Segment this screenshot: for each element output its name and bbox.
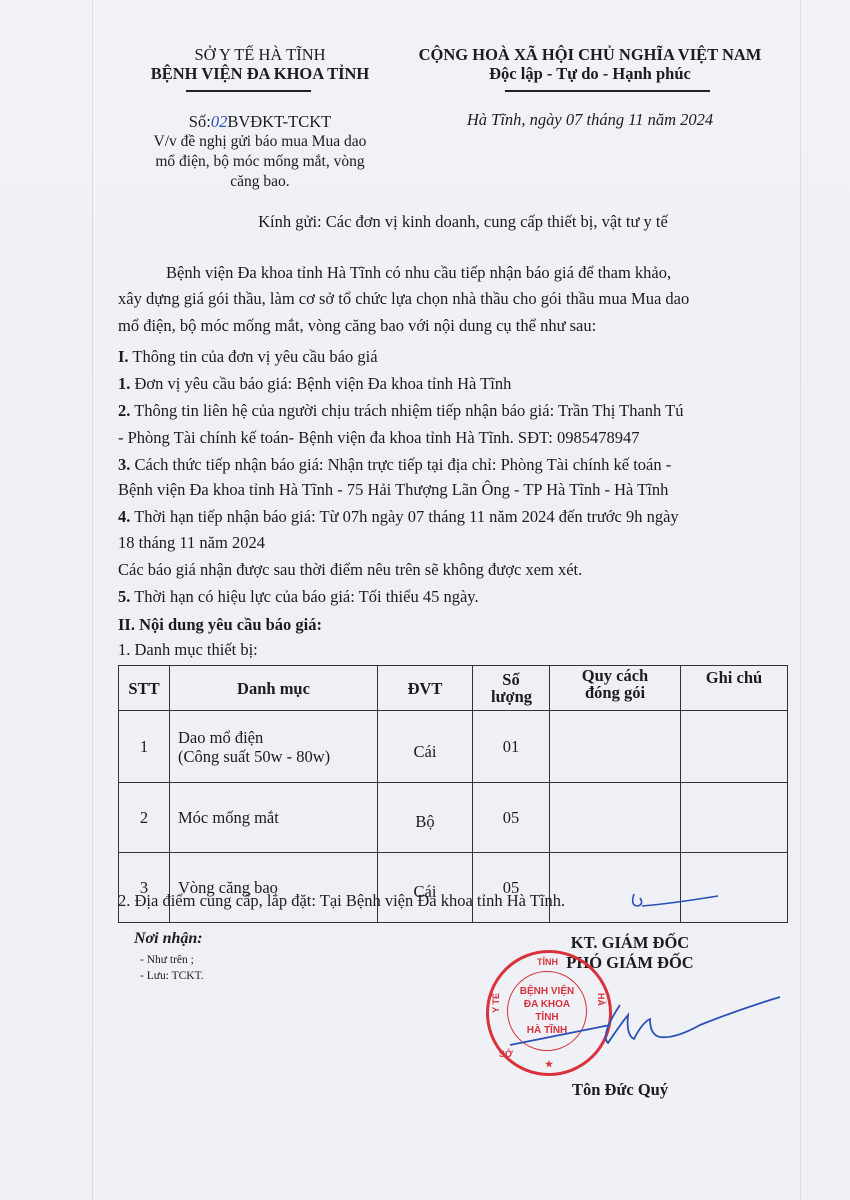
col-note: Ghi chú [681, 666, 788, 711]
section-1-item: 4. Thời hạn tiếp nhận báo giá: Từ 07h ng… [118, 507, 679, 527]
section-1-item-cont: 18 tháng 11 năm 2024 [118, 533, 265, 553]
table-row: 2 Móc mống mắt Bộ 05 [119, 783, 788, 853]
section-2-title: II. Nội dung yêu cầu báo giá: [118, 615, 322, 635]
stamp-star-icon: ★ [545, 1059, 553, 1070]
greeting: Kính gửi: Các đơn vị kinh doanh, cung cấ… [118, 212, 808, 232]
document-number: Số:02BVĐKT-TCKT [100, 112, 420, 132]
table-row: 1 Dao mổ điện(Công suất 50w - 80w) Cái 0… [119, 711, 788, 783]
col-packing: Quy cách đóng gói [550, 666, 681, 711]
signature-scribble-icon [500, 995, 800, 1055]
col-stt: STT [119, 666, 170, 711]
nation-title: CỘNG HOÀ XÃ HỘI CHỦ NGHĨA VIỆT NAM [380, 45, 800, 65]
recipients-title: Nơi nhận: [134, 930, 203, 948]
scan-edge [800, 0, 801, 1200]
section-1-item-cont: Bệnh viện Đa khoa tỉnh Hà Tĩnh - 75 Hải … [118, 480, 668, 500]
section-1-item: 2. Thông tin liên hệ của người chịu trác… [118, 401, 683, 421]
scan-edge [92, 0, 93, 1200]
document-subject: V/v đề nghị gửi báo mua Mua dao mổ điện,… [100, 132, 420, 192]
intro-line: Bệnh viện Đa khoa tỉnh Hà Tĩnh có nhu cầ… [166, 263, 671, 283]
section-1-note: Các báo giá nhận được sau thời điểm nêu … [118, 560, 582, 580]
header-underline [186, 90, 311, 92]
section-1-item-cont: - Phòng Tài chính kế toán- Bệnh viện đa … [118, 428, 639, 448]
initial-mark-icon [628, 888, 723, 914]
department-name: SỞ Y TẾ HÀ TĨNH [100, 45, 420, 65]
delivery-location: 2. Địa điểm cung cấp, lắp đặt: Tại Bệnh … [118, 891, 565, 911]
col-quantity: Số lượng [473, 666, 550, 711]
signer-name: Tôn Đức Quý [572, 1080, 668, 1100]
document-page: SỞ Y TẾ HÀ TĨNH BỆNH VIỆN ĐA KHOA TỈNH S… [0, 0, 850, 1200]
equipment-table: STT Danh mục ĐVT Số lượng Quy cách đóng … [118, 665, 788, 923]
col-unit: ĐVT [378, 666, 473, 711]
handwritten-number: 02 [211, 112, 228, 131]
national-motto: Độc lập - Tự do - Hạnh phúc [380, 64, 800, 84]
place-date: Hà Tĩnh, ngày 07 tháng 11 năm 2024 [380, 110, 800, 130]
intro-line: xây dựng giá gói thầu, làm cơ sở tổ chức… [118, 289, 689, 309]
hospital-name: BỆNH VIỆN ĐA KHOA TỈNH [100, 64, 420, 84]
intro-line: mổ điện, bộ móc mống mắt, vòng căng bao … [118, 316, 596, 336]
recipients-list: - Như trên ; - Lưu: TCKT. [140, 952, 204, 984]
section-2-subtitle: 1. Danh mục thiết bị: [118, 640, 258, 660]
signature-title-1: KT. GIÁM ĐỐC [540, 933, 720, 953]
section-1-title: I. Thông tin của đơn vị yêu cầu báo giá [118, 347, 378, 367]
table-header-row: STT Danh mục ĐVT Số lượng Quy cách đóng … [119, 666, 788, 711]
col-item: Danh mục [170, 666, 378, 711]
section-1-item: 5. Thời hạn có hiệu lực của báo giá: Tối… [118, 587, 479, 607]
section-1-item: 3. Cách thức tiếp nhận báo giá: Nhận trự… [118, 455, 671, 475]
section-1-item: 1. Đơn vị yêu cầu báo giá: Bệnh viện Đa … [118, 374, 511, 394]
motto-underline [505, 90, 710, 92]
